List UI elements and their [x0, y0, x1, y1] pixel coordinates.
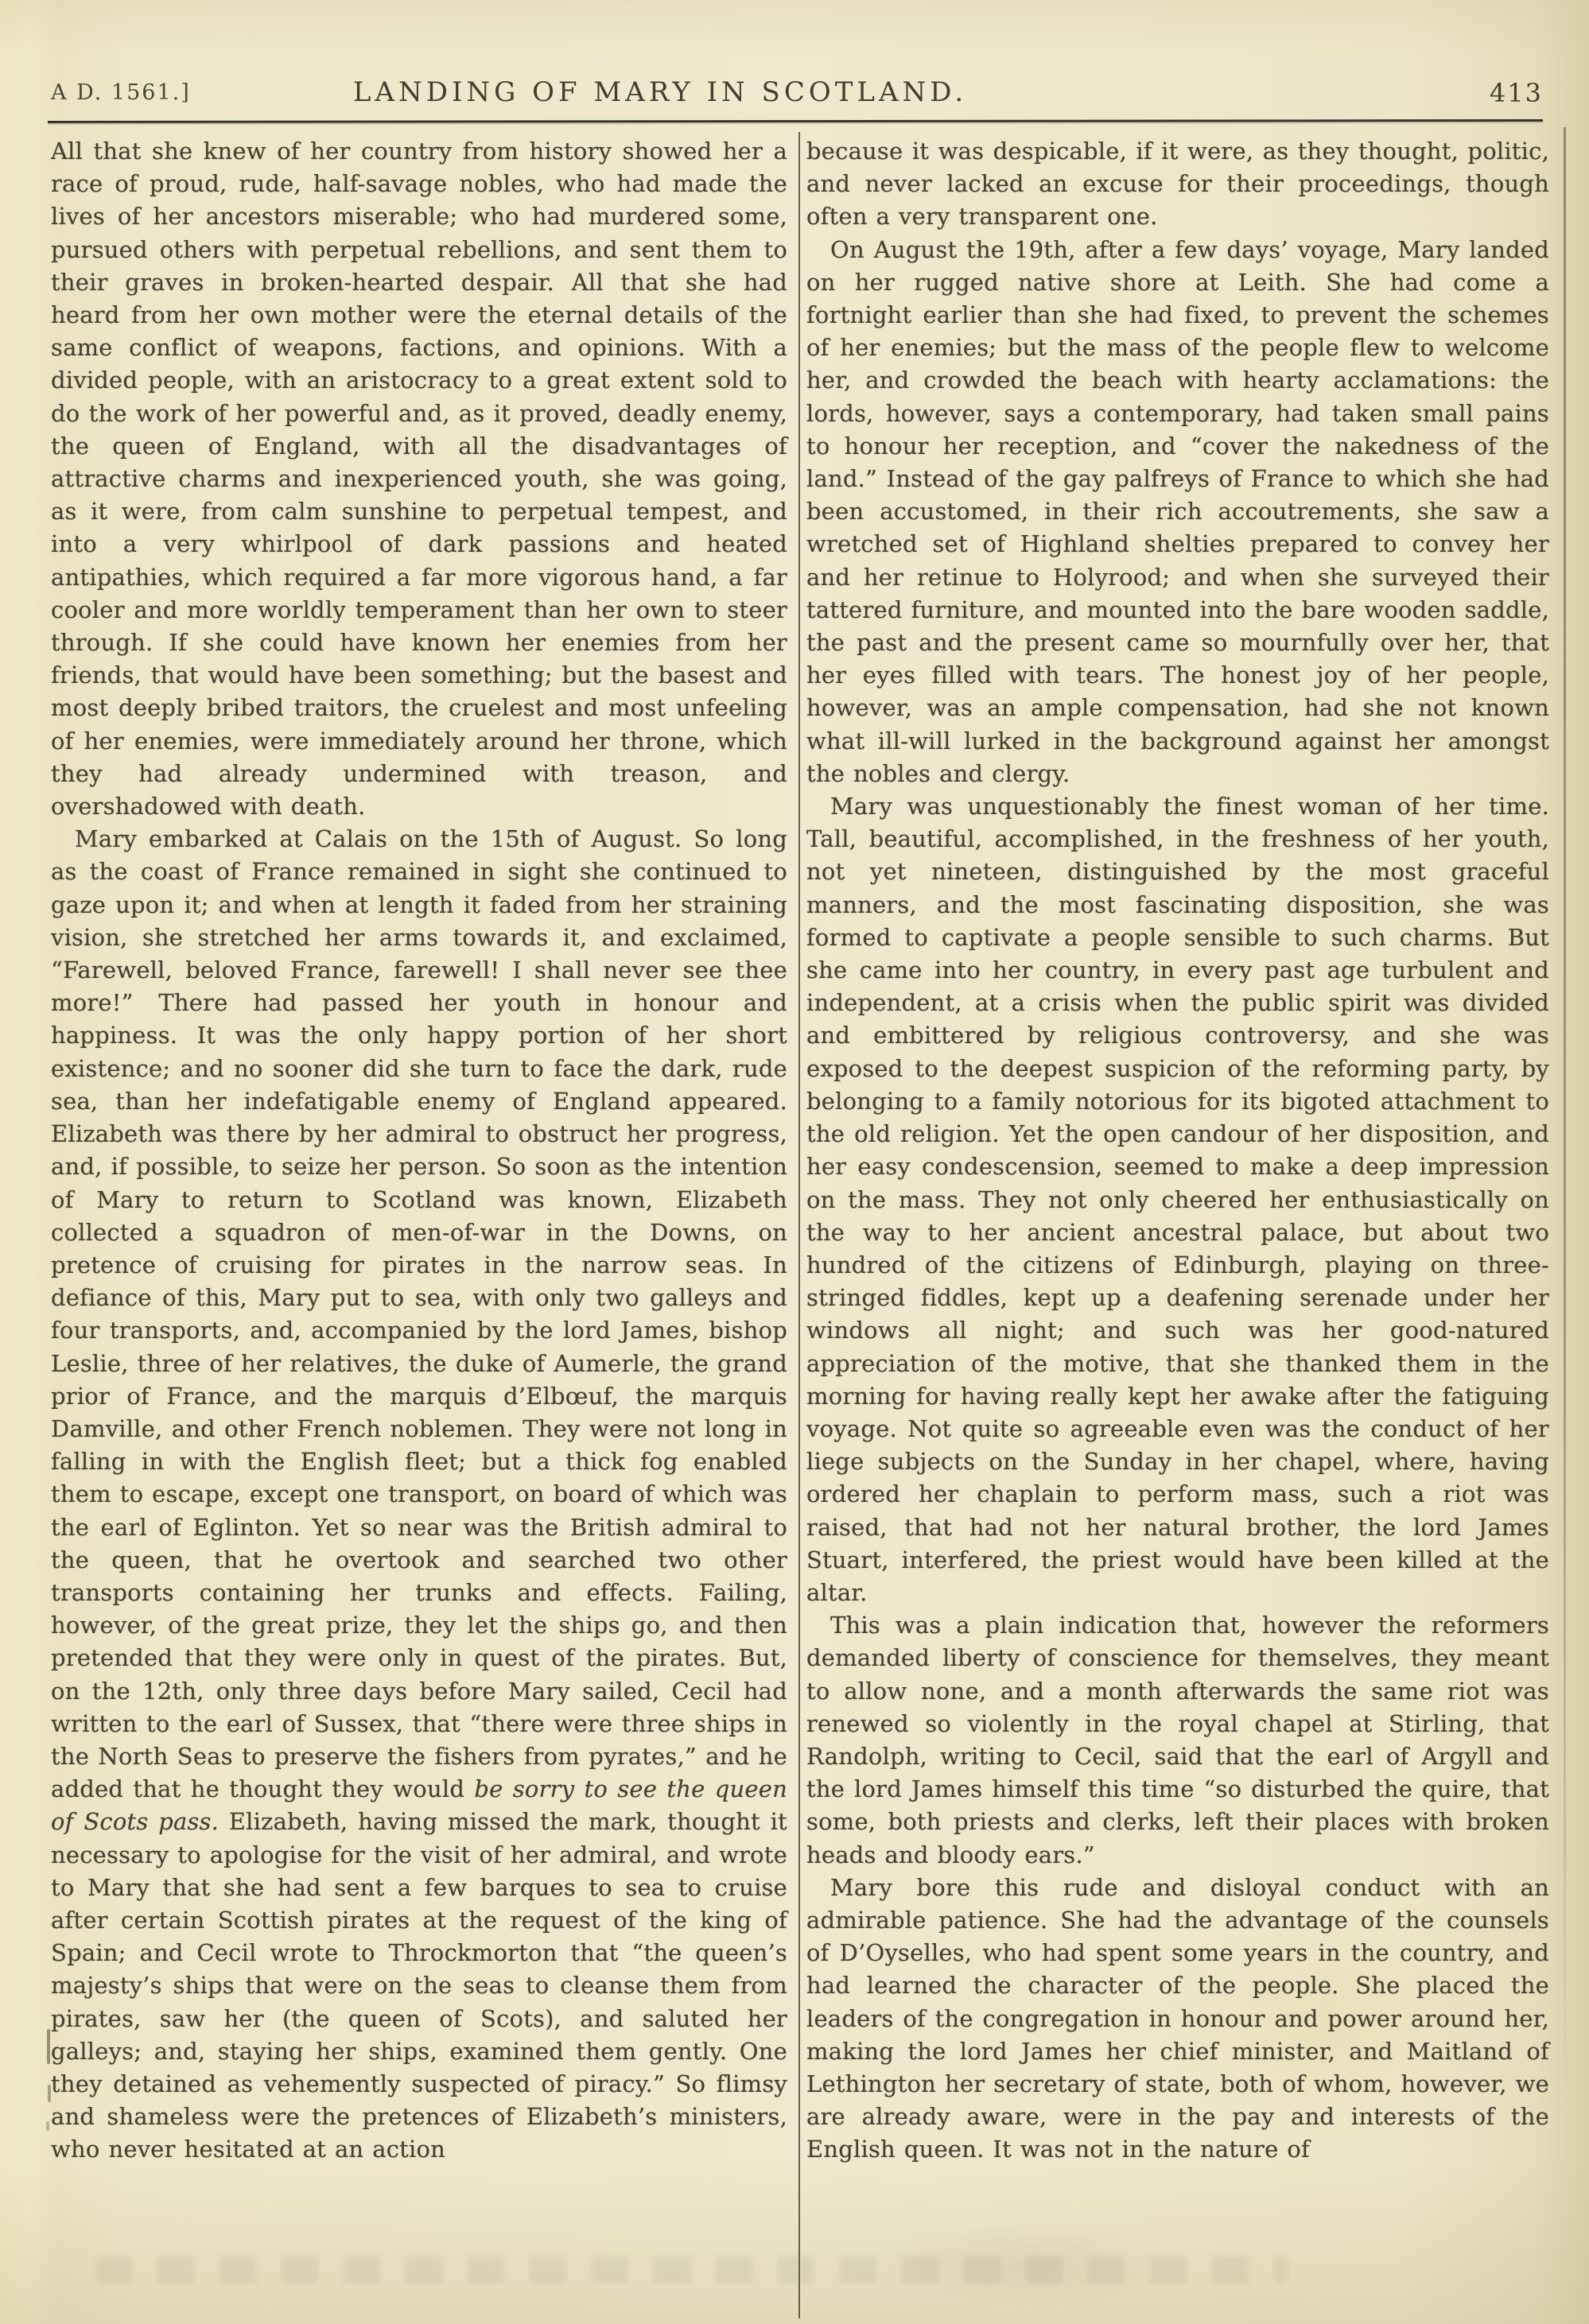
paragraph: Mary bore this rude and disloyal conduct…: [806, 1872, 1549, 2167]
margin-pen-mark: [47, 2029, 50, 2064]
header-rule: [48, 119, 1543, 123]
right-column: because it was despicable, if it were, a…: [806, 135, 1549, 2167]
text-segment: All that she knew of her country from hi…: [51, 138, 787, 820]
page-edge-line: [1564, 127, 1566, 2099]
paragraph: All that she knew of her country from hi…: [51, 135, 787, 823]
text-segment: This was a plain indication that, howeve…: [806, 1612, 1549, 1868]
text-segment: because it was despicable, if it were, a…: [806, 138, 1549, 230]
paragraph: Mary was unquestionably the finest woman…: [806, 790, 1549, 1609]
margin-pen-mark: [48, 2085, 51, 2102]
text-segment: Mary was unquestionably the finest woman…: [806, 793, 1549, 1606]
paragraph: because it was despicable, if it were, a…: [806, 135, 1549, 234]
page-number: 413: [1490, 78, 1543, 108]
page-title: LANDING OF MARY IN SCOTLAND.: [353, 76, 967, 108]
paragraph: Mary embarked at Calais on the 15th of A…: [51, 823, 787, 2166]
text-segment: Elizabeth, having missed the mark, thoug…: [51, 1808, 787, 2163]
show-through-ghost-text: [95, 2256, 1288, 2283]
margin-pen-mark: [46, 2121, 49, 2131]
header-date-marker: A D. 1561.]: [51, 80, 191, 105]
text-segment: On August the 19th, after a few days’ vo…: [806, 236, 1549, 787]
paragraph: This was a plain indication that, howeve…: [806, 1609, 1549, 1872]
book-page: A D. 1561.] LANDING OF MARY IN SCOTLAND.…: [0, 0, 1589, 2324]
left-column: All that she knew of her country from hi…: [51, 135, 787, 2167]
column-divider: [798, 132, 800, 2318]
paragraph: On August the 19th, after a few days’ vo…: [806, 234, 1549, 790]
text-segment: Mary bore this rude and disloyal conduct…: [806, 1874, 1549, 2163]
text-segment: Mary embarked at Calais on the 15th of A…: [51, 825, 787, 1802]
